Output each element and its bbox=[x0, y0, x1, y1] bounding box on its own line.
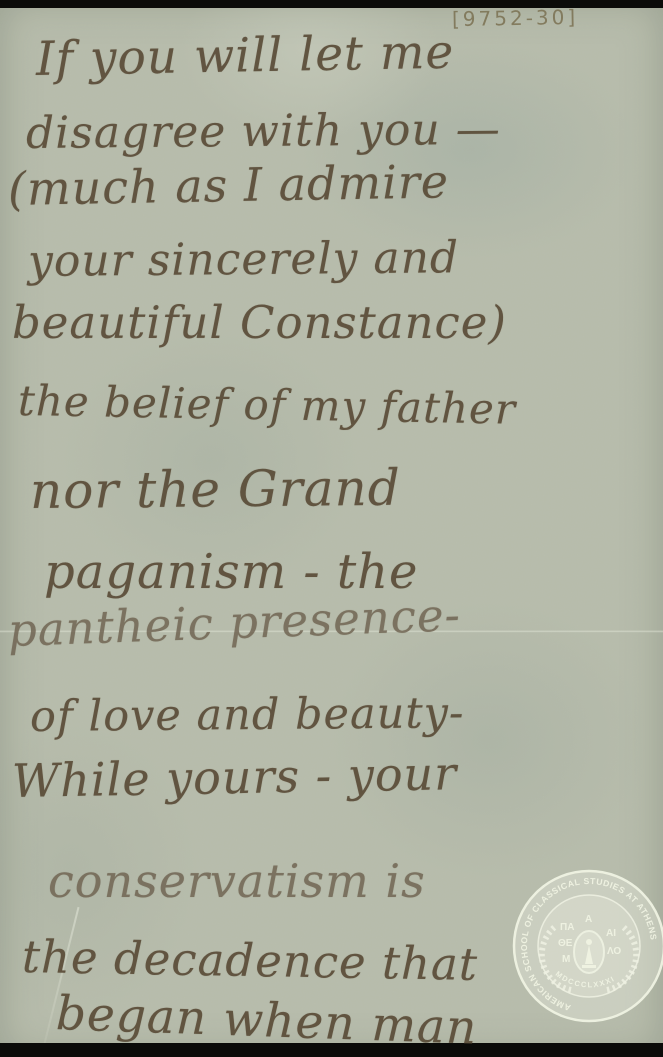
seal-greek-letters: ΠΑ bbox=[560, 922, 574, 933]
seal-greek-letters: ΑΙ bbox=[606, 928, 616, 939]
seal-greek-letters: Μ bbox=[562, 954, 570, 965]
seal-greek-letters: ΛΟ bbox=[607, 946, 621, 957]
handwritten-line-3: (much as I admire bbox=[8, 154, 450, 216]
archive-number-annotation: [9752-30] bbox=[452, 5, 579, 31]
handwritten-line-6: the belief of my father bbox=[18, 376, 517, 434]
letter-page: [9752-30] If you will let me disagree wi… bbox=[0, 0, 663, 1057]
handwritten-line-10: of love and beauty- bbox=[30, 688, 465, 742]
handwritten-line-12: conservatism is bbox=[48, 854, 426, 908]
handwritten-line-7: nor the Grand bbox=[30, 459, 401, 520]
statue-head bbox=[586, 939, 592, 945]
handwritten-line-13: the decadence that bbox=[22, 930, 479, 991]
handwritten-line-4: your sincerely and bbox=[28, 232, 460, 287]
handwritten-line-2: disagree with you — bbox=[26, 104, 501, 159]
statue-base bbox=[582, 965, 596, 968]
handwritten-line-5: beautiful Constance) bbox=[12, 296, 507, 349]
embossed-seal: AMERICAN SCHOOL OF CLASSICAL STUDIES AT … bbox=[507, 864, 663, 1028]
seal-greek-letters: ΘΕ bbox=[558, 938, 573, 949]
seal-greek-letters: Α bbox=[585, 914, 592, 925]
scan-edge-top bbox=[0, 0, 663, 8]
handwritten-line-11: While yours - your bbox=[12, 746, 458, 808]
handwritten-line-1: If you will let me bbox=[36, 25, 455, 87]
